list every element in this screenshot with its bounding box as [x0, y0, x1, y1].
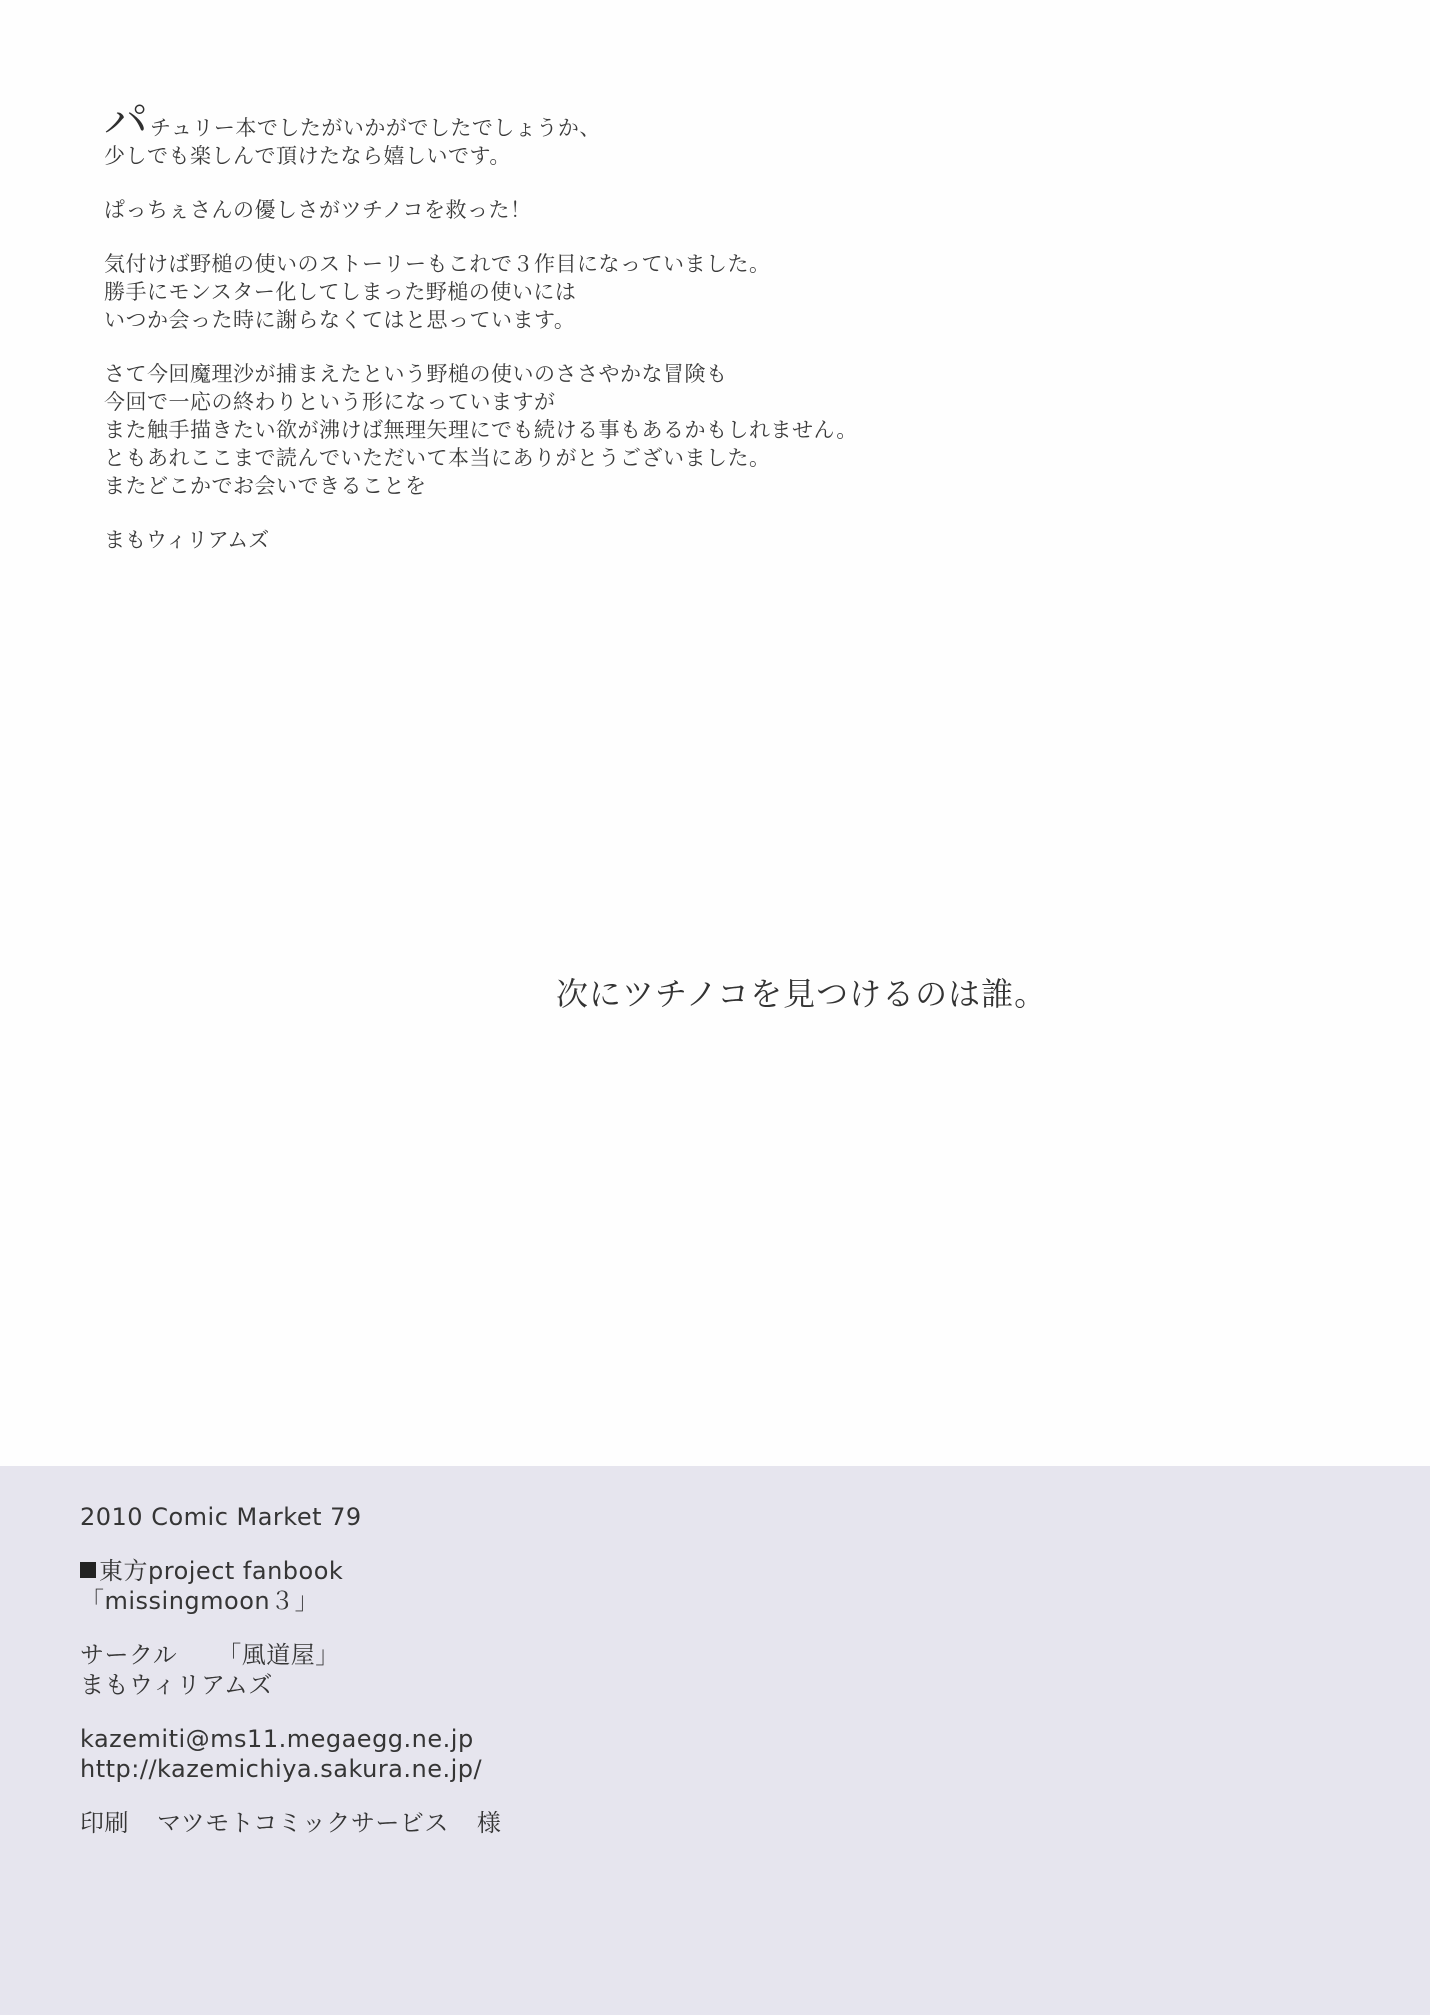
afterword-line: ぱっちぇさんの優しさがツチノコを救った！ — [104, 196, 1104, 224]
afterword-paragraph-4: さて今回魔理沙が捕まえたという野槌の使いのささやかな冒険も 今回で一応の終わりと… — [104, 360, 1104, 500]
circle-name: 「風道屋」 — [217, 1641, 340, 1669]
square-bullet-icon — [80, 1562, 96, 1578]
circle-label: サークル — [80, 1641, 177, 1669]
afterword-paragraph-1: パ チュリー本でしたがいかがでしたでしょうか、 少しでも楽しんで頂けたなら嬉しい… — [104, 96, 1104, 170]
circle-line: サークル「風道屋」 — [80, 1640, 980, 1670]
book-label: 東方project fanbook — [99, 1557, 343, 1585]
afterword-line: また触手描きたい欲が沸けば無理矢理にでも続ける事もあるかもしれません。 — [104, 416, 1104, 444]
drop-cap: パ — [104, 100, 148, 144]
afterword-line: いつか会った時に謝らなくてはと思っています。 — [104, 306, 1104, 334]
printer-name: マツモトコミックサービス — [157, 1809, 449, 1837]
printer-suffix: 様 — [477, 1809, 502, 1837]
author-name: まもウィリアムズ — [80, 1670, 980, 1700]
afterword-paragraph-3: 気付けば野槌の使いのストーリーもこれで３作目になっていました。 勝手にモンスター… — [104, 250, 1104, 334]
teaser-text: 次にツチノコを見つけるのは誰。 — [556, 974, 1047, 1014]
printer-line: 印刷マツモトコミックサービス様 — [80, 1808, 980, 1838]
afterword-line: 気付けば野槌の使いのストーリーもこれで３作目になっていました。 — [104, 250, 1104, 278]
book-label-line: 東方project fanbook — [80, 1556, 980, 1586]
book-title: 「missingmoon３」 — [80, 1586, 980, 1616]
author-signature: まもウィリアムズ — [104, 526, 1104, 554]
colophon-band: 2010 Comic Market 79 東方project fanbook 「… — [0, 1466, 1430, 2015]
email-link[interactable]: kazemiti@ms11.megaegg.ne.jp — [80, 1724, 980, 1754]
afterword-line: 勝手にモンスター化してしまった野槌の使いには — [104, 278, 1104, 306]
afterword-line: 少しでも楽しんで頂けたなら嬉しいです。 — [104, 142, 1104, 170]
afterword-paragraph-2: ぱっちぇさんの優しさがツチノコを救った！ — [104, 196, 1104, 224]
afterword-line: 今回で一応の終わりという形になっていますが — [104, 388, 1104, 416]
afterword-line: ともあれここまで読んでいただいて本当にありがとうございました。 — [104, 444, 1104, 472]
opening-line-text: チュリー本でしたがいかがでしたでしょうか、 — [150, 114, 601, 142]
opening-line: パ チュリー本でしたがいかがでしたでしょうか、 — [104, 96, 1104, 142]
afterword-line: さて今回魔理沙が捕まえたという野槌の使いのささやかな冒険も — [104, 360, 1104, 388]
event-name: 2010 Comic Market 79 — [80, 1502, 980, 1532]
colophon-content: 2010 Comic Market 79 東方project fanbook 「… — [80, 1502, 980, 1838]
afterword-section: パ チュリー本でしたがいかがでしたでしょうか、 少しでも楽しんで頂けたなら嬉しい… — [104, 96, 1104, 554]
printer-label: 印刷 — [80, 1809, 129, 1837]
afterword-line: またどこかでお会いできることを — [104, 472, 1104, 500]
website-link[interactable]: http://kazemichiya.sakura.ne.jp/ — [80, 1754, 980, 1784]
